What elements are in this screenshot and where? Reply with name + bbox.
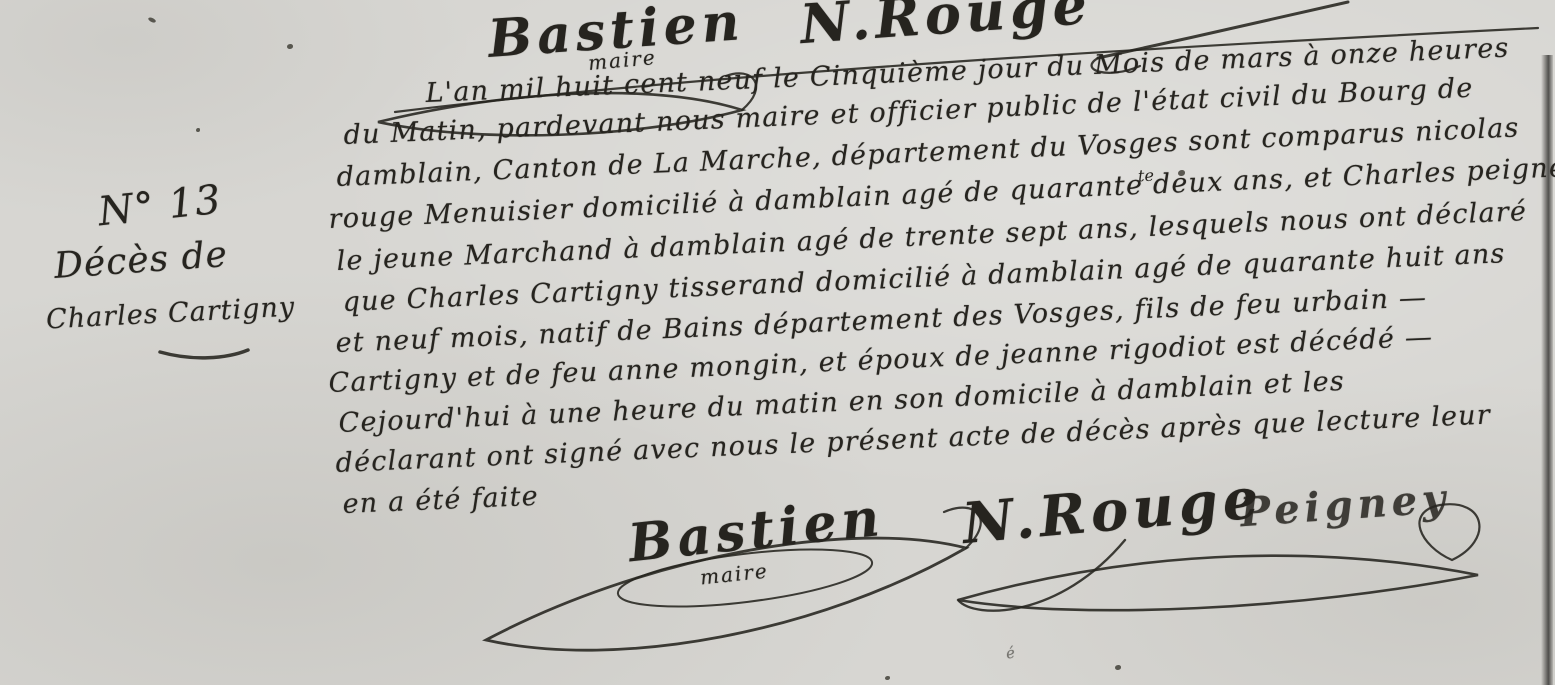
ink-speck — [287, 44, 293, 49]
manuscript-page: é N° 13 Décès de Charles Cartigny Bastie… — [0, 0, 1555, 685]
stray-ink-mark: é — [1005, 643, 1017, 662]
ink-speck — [148, 16, 157, 23]
bottom-right-lens-flourish — [958, 556, 1478, 611]
bottom-signature-peigney: Peigney — [1239, 475, 1452, 537]
bottom-signature-rouge: N.Rouge — [960, 465, 1266, 557]
margin-decedent-name: Charles Cartigny — [45, 292, 295, 336]
margin-underline-dash — [160, 350, 248, 358]
ink-speck — [196, 128, 200, 132]
act-number: N° 13 — [96, 177, 224, 236]
page-binding-edge — [1541, 55, 1553, 685]
top-signature-rouge: N.Rouge — [798, 0, 1094, 56]
act-body-line: en a été faite — [342, 481, 540, 520]
margin-decease-label: Décès de — [53, 234, 229, 287]
superscript-correction: te — [1138, 166, 1155, 186]
ink-speck — [885, 676, 890, 680]
ink-speck — [1115, 665, 1121, 670]
